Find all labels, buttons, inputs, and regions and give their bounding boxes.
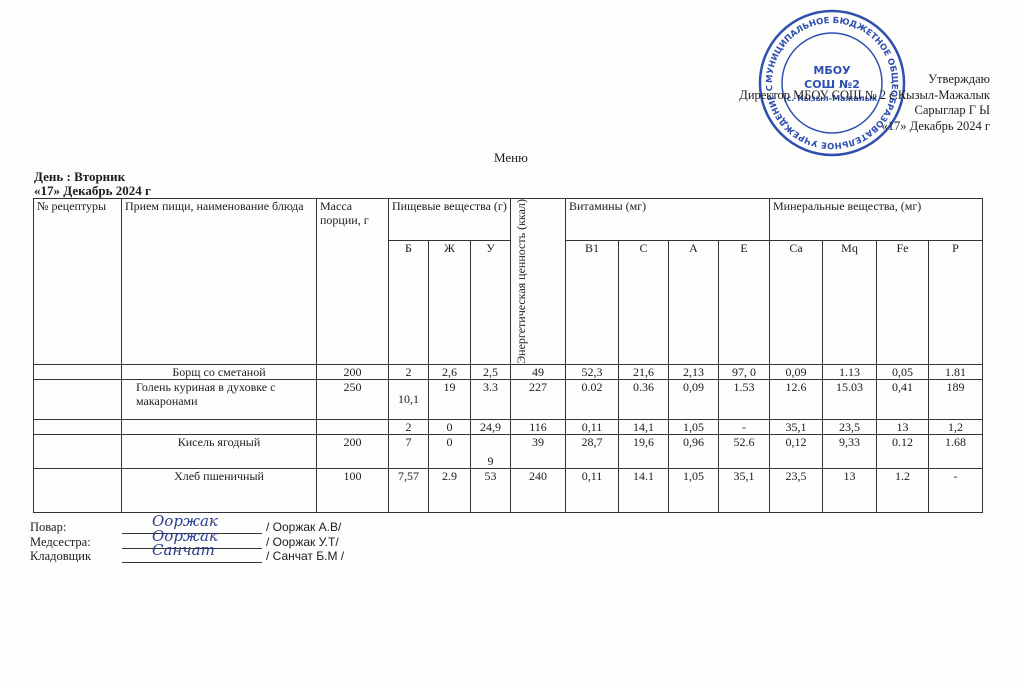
cell-mass: 200 — [317, 434, 389, 468]
cell-dish — [122, 419, 317, 434]
cell-a: 1,05 — [669, 468, 719, 512]
header-fe: Fe — [877, 241, 929, 365]
cell-b1: 0.02 — [566, 379, 619, 419]
cell-ca: 0,12 — [770, 434, 823, 468]
cell-energy: 240 — [511, 468, 566, 512]
cell-p: - — [929, 468, 983, 512]
signature-line: Санчат — [122, 549, 262, 563]
approval-director: Директор МБОУ СОШ № 2 с.Кызыл-Мажалык — [739, 88, 990, 104]
cell-e: 97, 0 — [719, 364, 770, 379]
cell-carbs: 24,9 — [471, 419, 511, 434]
cell-recipe-no — [34, 434, 122, 468]
cell-ca: 35,1 — [770, 419, 823, 434]
cell-b1: 0,11 — [566, 419, 619, 434]
cell-energy: 49 — [511, 364, 566, 379]
header-a: А — [669, 241, 719, 365]
cell-c: 21,6 — [619, 364, 669, 379]
cell-dish: Кисель ягодный — [122, 434, 317, 468]
cell-fat: 19 — [429, 379, 471, 419]
cell-mass: 200 — [317, 364, 389, 379]
cell-recipe-no — [34, 419, 122, 434]
cell-fe: 1.2 — [877, 468, 929, 512]
cell-mass: 250 — [317, 379, 389, 419]
cell-carbs: 53 — [471, 468, 511, 512]
menu-table: № рецептуры Прием пищи, наименование блю… — [33, 198, 983, 513]
header-recipe-no: № рецептуры — [34, 199, 122, 365]
cell-mg: 13 — [823, 468, 877, 512]
header-fat: Ж — [429, 241, 471, 365]
header-vitamins: Витамины (мг) — [566, 199, 770, 241]
cell-mass: 100 — [317, 468, 389, 512]
cell-fat: 2.9 — [429, 468, 471, 512]
cell-a: 0,09 — [669, 379, 719, 419]
day-label: День : Вторник — [34, 170, 151, 184]
header-mass: Масса порции, г — [317, 199, 389, 365]
cell-e: 52.6 — [719, 434, 770, 468]
table-row: Голень куриная в духовке с макаронами250… — [34, 379, 983, 419]
cell-recipe-no — [34, 379, 122, 419]
header-carbs: У — [471, 241, 511, 365]
cell-protein: 2 — [389, 419, 429, 434]
cell-c: 14.1 — [619, 468, 669, 512]
cell-c: 0.36 — [619, 379, 669, 419]
cell-c: 14,1 — [619, 419, 669, 434]
date-label: «17» Декабрь 2024 г — [34, 184, 151, 198]
cell-protein: 10,1 — [389, 379, 429, 419]
cell-protein: 7,57 — [389, 468, 429, 512]
cell-energy: 39 — [511, 434, 566, 468]
approval-block: Утверждаю Директор МБОУ СОШ № 2 с.Кызыл-… — [739, 72, 990, 134]
cell-p: 1.68 — [929, 434, 983, 468]
cell-carbs: 2,5 — [471, 364, 511, 379]
signature-name: / Ооржак А.В/ — [266, 520, 341, 535]
table-row: Кисель ягодный2007093928,719,60,9652.60,… — [34, 434, 983, 468]
cell-fat: 2,6 — [429, 364, 471, 379]
header-e: Е — [719, 241, 770, 365]
cell-recipe-no — [34, 364, 122, 379]
day-block: День : Вторник «17» Декабрь 2024 г — [34, 170, 151, 198]
cell-dish: Хлеб пшеничный — [122, 468, 317, 512]
cell-b1: 0,11 — [566, 468, 619, 512]
cell-a: 0,96 — [669, 434, 719, 468]
cell-mg: 15.03 — [823, 379, 877, 419]
table-row: 2024,91160,1114,11,05-35,123,5131,2 — [34, 419, 983, 434]
header-energy: Энергетическая ценность (ккал) — [511, 199, 566, 365]
cell-ca: 12.6 — [770, 379, 823, 419]
cell-p: 1,2 — [929, 419, 983, 434]
cell-fe: 0,05 — [877, 364, 929, 379]
cell-fe: 0.12 — [877, 434, 929, 468]
cell-e: 1.53 — [719, 379, 770, 419]
approval-line: Утверждаю — [739, 72, 990, 88]
approval-name: Сарыглар Г Ы — [739, 103, 990, 119]
cell-a: 2,13 — [669, 364, 719, 379]
cell-energy: 116 — [511, 419, 566, 434]
cell-e: - — [719, 419, 770, 434]
header-dish: Прием пищи, наименование блюда — [122, 199, 317, 365]
signature-name: / Санчат Б.М / — [266, 549, 344, 564]
page-title: Меню — [494, 150, 528, 166]
signature-role: Медсестра: — [30, 535, 122, 550]
cell-carbs: 3.3 — [471, 379, 511, 419]
cell-recipe-no — [34, 468, 122, 512]
header-c: С — [619, 241, 669, 365]
cell-fe: 0,41 — [877, 379, 929, 419]
header-b1: В1 — [566, 241, 619, 365]
cell-c: 19,6 — [619, 434, 669, 468]
signature-role: Кладовщик — [30, 549, 122, 564]
cell-mg: 23,5 — [823, 419, 877, 434]
cell-protein: 2 — [389, 364, 429, 379]
approval-date: «17» Декабрь 2024 г — [739, 119, 990, 135]
cell-b1: 52,3 — [566, 364, 619, 379]
cell-b1: 28,7 — [566, 434, 619, 468]
table-row: Хлеб пшеничный1007,572.9532400,1114.11,0… — [34, 468, 983, 512]
cell-dish: Голень куриная в духовке с макаронами — [122, 379, 317, 419]
cell-a: 1,05 — [669, 419, 719, 434]
cell-fe: 13 — [877, 419, 929, 434]
signature-name: / Ооржак У.Т/ — [266, 535, 339, 550]
table-row: Борщ со сметаной20022,62,54952,321,62,13… — [34, 364, 983, 379]
cell-ca: 0,09 — [770, 364, 823, 379]
signatures-block: Повар: Ооржак / Ооржак А.В/ Медсестра: О… — [30, 520, 344, 564]
cell-mass — [317, 419, 389, 434]
header-minerals: Минеральные вещества, (мг) — [770, 199, 983, 241]
header-nutrients: Пищевые вещества (г) — [389, 199, 511, 241]
cell-ca: 23,5 — [770, 468, 823, 512]
cell-fat: 0 — [429, 434, 471, 468]
header-mg: Mq — [823, 241, 877, 365]
header-ca: Са — [770, 241, 823, 365]
cell-p: 189 — [929, 379, 983, 419]
signature-row: Кладовщик Санчат / Санчат Б.М / — [30, 549, 344, 564]
cell-p: 1.81 — [929, 364, 983, 379]
header-p: Р — [929, 241, 983, 365]
cell-carbs: 9 — [471, 434, 511, 468]
cell-protein: 7 — [389, 434, 429, 468]
handwritten-signature: Санчат — [152, 543, 215, 558]
signature-role: Повар: — [30, 520, 122, 535]
cell-energy: 227 — [511, 379, 566, 419]
cell-mg: 9,33 — [823, 434, 877, 468]
cell-mg: 1.13 — [823, 364, 877, 379]
cell-fat: 0 — [429, 419, 471, 434]
header-protein: Б — [389, 241, 429, 365]
cell-dish: Борщ со сметаной — [122, 364, 317, 379]
cell-e: 35,1 — [719, 468, 770, 512]
